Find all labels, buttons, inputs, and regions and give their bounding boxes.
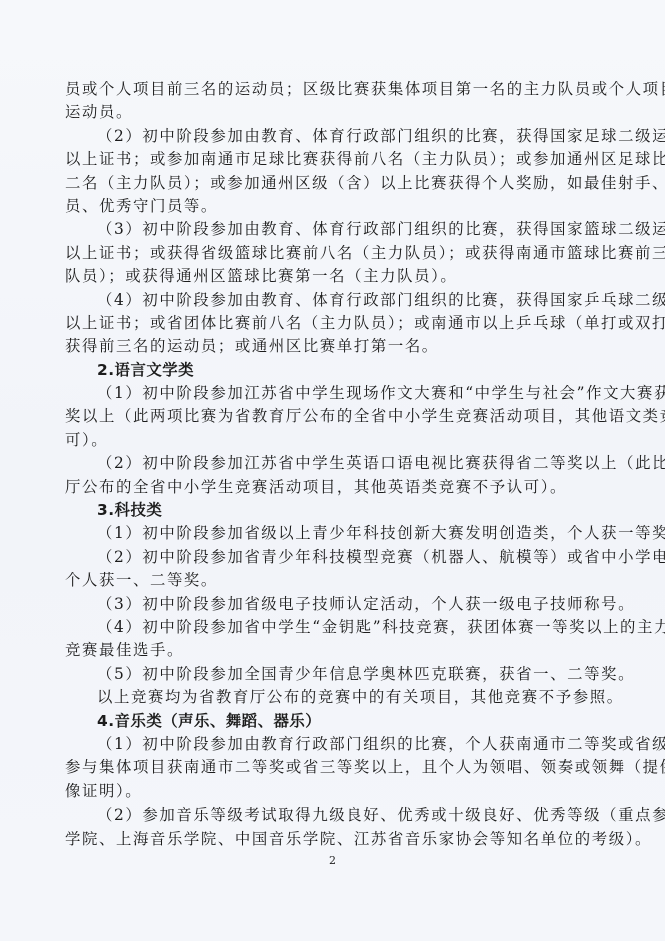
paragraph-informatics-olympiad: （5）初中阶段参加全国青少年信息学奥林匹克联赛，获省一、二等奖。: [65, 663, 605, 686]
paragraph-basketball: （3）初中阶段参加由教育、体育行政部门组织的比赛，获得国家篮球二级运动员（含）: [65, 218, 605, 241]
text-line: 二名（主力队员）；或参加通州区级（含）以上比赛获得个人奖励，如最佳射手、优秀运动: [65, 172, 605, 195]
text-line: 运动员。: [65, 101, 605, 124]
page-number: 2: [0, 854, 665, 867]
paragraph-english-oral: （2）初中阶段参加江苏省中学生英语口语电视比赛获得省二等奖以上（此比赛为省教育: [65, 452, 605, 475]
text-line: 参与集体项目获南通市二等奖或省三等奖以上，且个人为领唱、领奏或领舞（提供证书或录: [65, 756, 605, 779]
text-line: 以上证书；或省团体比赛前八名（主力队员）；或南通市以上乒乓球（单打或双打）比赛中: [65, 312, 605, 335]
text-line: 以上证书；或获得省级篮球比赛前八名（主力队员）；或获得南通市篮球比赛前三名（主力: [65, 242, 605, 265]
text-line: 奖以上（此两项比赛为省教育厅公布的全省中小学生竞赛活动项目，其他语文类竞赛不予认: [65, 405, 605, 428]
text-line: 以上证书；或参加南通市足球比赛获得前八名（主力队员）；或参加通州区足球比赛获得前: [65, 148, 605, 171]
text-line: 学院、上海音乐学院、中国音乐学院、江苏省音乐家协会等知名单位的考级）。: [65, 828, 605, 851]
paragraph-football: （2）初中阶段参加由教育、体育行政部门组织的比赛，获得国家足球二级运动员（含）: [65, 125, 605, 148]
section-heading-language-literature: 2.语言文学类: [65, 359, 605, 382]
document-page: 员或个人项目前三名的运动员；区级比赛获集体项目第一名的主力队员或个人项目第一名的…: [0, 0, 665, 941]
paragraph-music-grade-exam: （2）参加音乐等级考试取得九级良好、优秀或十级良好、优秀等级（重点参照中央音乐: [65, 804, 605, 827]
paragraph-innovation-contest: （1）初中阶段参加省级以上青少年科技创新大赛发明创造类，个人获一等奖以上。: [65, 522, 605, 545]
paragraph-table-tennis: （4）初中阶段参加由教育、体育行政部门组织的比赛，获得国家乒乓球二级运动员（含）: [65, 289, 605, 312]
section-heading-music: 4.音乐类（声乐、舞蹈、器乐）: [65, 710, 605, 733]
paragraph-model-contest: （2）初中阶段参加省青少年科技模型竞赛（机器人、航模等）或省中小学电脑制作活动，: [65, 546, 605, 569]
text-line: 像证明）。: [65, 780, 605, 803]
text-line: 个人获一、二等奖。: [65, 569, 605, 592]
text-line: 队员）；或获得通州区篮球比赛第一名（主力队员）。: [65, 265, 605, 288]
paragraph-music-competition: （1）初中阶段参加由教育行政部门组织的比赛，个人获南通市二等奖或省级三等奖以上；: [65, 733, 605, 756]
text-line: 员、优秀守门员等。: [65, 195, 605, 218]
paragraph-golden-key: （4）初中阶段参加省中学生“金钥匙”科技竞赛，获团体赛一等奖以上的主力队员或省: [65, 616, 605, 639]
paragraph-competition-note: 以上竞赛均为省教育厅公布的竞赛中的有关项目，其他竞赛不予参照。: [65, 686, 605, 709]
document-body: 员或个人项目前三名的运动员；区级比赛获集体项目第一名的主力队员或个人项目第一名的…: [65, 78, 605, 851]
text-line: 获得前三名的运动员；或通州区比赛单打第一名。: [65, 335, 605, 358]
paragraph-electronics: （3）初中阶段参加省级电子技师认定活动，个人获一级电子技师称号。: [65, 593, 605, 616]
paragraph-essay-contest: （1）初中阶段参加江苏省中学生现场作文大赛和“中学生与社会”作文大赛获得省一等: [65, 382, 605, 405]
text-line: 竞赛最佳选手。: [65, 639, 605, 662]
text-line: 厅公布的全省中小学生竞赛活动项目，其他英语类竞赛不予认可）。: [65, 476, 605, 499]
section-heading-technology: 3.科技类: [65, 499, 605, 522]
text-line: 可）。: [65, 429, 605, 452]
text-line: 员或个人项目前三名的运动员；区级比赛获集体项目第一名的主力队员或个人项目第一名的: [65, 78, 605, 101]
